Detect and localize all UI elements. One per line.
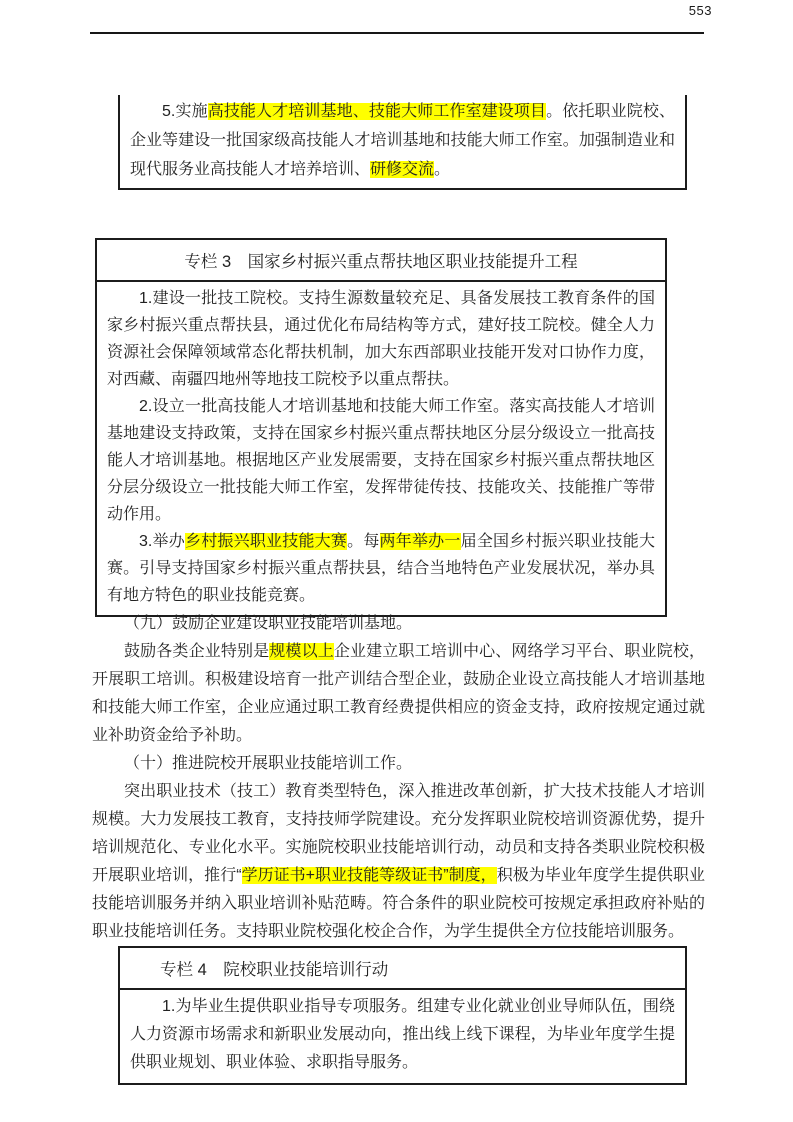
page-number: 553 [689,3,712,18]
column-3-box: 专栏 3 国家乡村振兴重点帮扶地区职业技能提升工程 1.建设一批技工院校。支持生… [95,238,667,617]
continued-column-box: 5.实施高技能人才培训基地、技能大师工作室建设项目。依托职业院校、企业等建设一批… [118,95,687,190]
section-9-heading: （九）鼓励企业建设职业技能培训基地。 [92,610,705,638]
column-4-box: 专栏 4 院校职业技能培训行动 1.为毕业生提供职业指导专项服务。组建专业化就业… [118,946,687,1085]
column-4-title: 专栏 4 院校职业技能培训行动 [120,948,685,990]
text-run: 5.实施 [162,103,208,120]
text-run: 3.举办 [139,533,185,550]
column-3-paragraph-2: 2.设立一批高技能人才培训基地和技能大师工作室。落实高技能人才培训基地建设支持政… [107,393,655,528]
highlighted-text: 高技能人才培训基地、技能大师工作室建设项目 [208,103,546,120]
header-rule [90,32,704,34]
text-run: 。每 [347,533,379,550]
paragraph-5: 5.实施高技能人才培训基地、技能大师工作室建设项目。依托职业院校、企业等建设一批… [130,97,675,184]
column-4-paragraph-1: 1.为毕业生提供职业指导专项服务。组建专业化就业创业导师队伍，围绕人力资源市场需… [130,993,675,1077]
highlighted-text: 研修交流 [370,161,434,178]
column-3-body: 1.建设一批技工院校。支持生源数量较充足、具备发展技工教育条件的国家乡村振兴重点… [97,282,665,615]
highlighted-text: 学历证书+职业技能等级证书”制度， [242,867,497,884]
highlighted-text: 规模以上 [269,643,334,660]
highlighted-text: 乡村振兴职业技能大赛 [185,533,347,550]
section-10-heading: （十）推进院校开展职业技能培训工作。 [92,750,705,778]
column-3-paragraph-1: 1.建设一批技工院校。支持生源数量较充足、具备发展技工教育条件的国家乡村振兴重点… [107,285,655,393]
section-10-paragraph: 突出职业技术（技工）教育类型特色，深入推进改革创新，扩大技术技能人才培训规模。大… [92,778,705,946]
column-4-body: 1.为毕业生提供职业指导专项服务。组建专业化就业创业导师队伍，围绕人力资源市场需… [120,990,685,1083]
text-run: 1.建设一批技工院校。支持生源数量较充足、具备发展技工教育条件的国家乡村振兴重点… [107,290,655,388]
document-page: 553 5.实施高技能人才培训基地、技能大师工作室建设项目。依托职业院校、企业等… [0,0,793,1122]
column-3-title: 专栏 3 国家乡村振兴重点帮扶地区职业技能提升工程 [97,240,665,282]
text-run: 1.为毕业生提供职业指导专项服务。组建专业化就业创业导师队伍，围绕人力资源市场需… [130,998,675,1071]
text-run: 2.设立一批高技能人才培训基地和技能大师工作室。落实高技能人才培训基地建设支持政… [107,398,655,523]
column-3-paragraph-3: 3.举办乡村振兴职业技能大赛。每两年举办一届全国乡村振兴职业技能大赛。引导支持国… [107,528,655,609]
main-text: （九）鼓励企业建设职业技能培训基地。 鼓励各类企业特别是规模以上企业建立职工培训… [92,610,705,946]
text-run: 鼓励各类企业特别是 [124,643,269,660]
section-9-paragraph: 鼓励各类企业特别是规模以上企业建立职工培训中心、网络学习平台、职业院校，开展职工… [92,638,705,750]
highlighted-text: 两年举办一 [380,533,461,550]
text-run: 。 [434,161,450,178]
